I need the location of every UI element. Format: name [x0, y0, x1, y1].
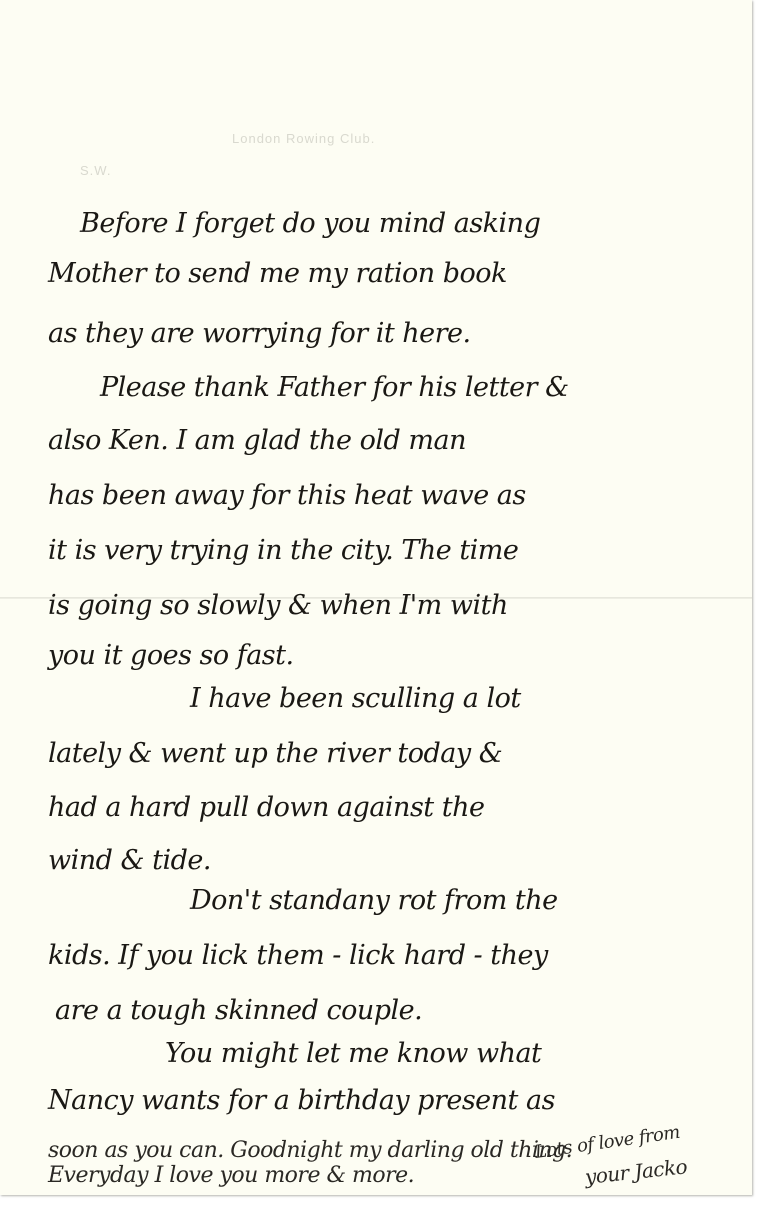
- letter-line: is going so slowly & when I'm with: [48, 590, 508, 621]
- letter-line: Don't standany rot from the: [190, 885, 558, 916]
- letter-line: wind & tide.: [48, 845, 211, 876]
- letter-line: has been away for this heat wave as: [48, 480, 526, 511]
- letter-line: Everyday I love you more & more.: [48, 1163, 414, 1188]
- letter-line: had a hard pull down against the: [48, 792, 484, 823]
- letterhead-club-name: London Rowing Club.: [232, 131, 375, 146]
- letter-line: Mother to send me my ration book: [48, 258, 507, 289]
- letter-page: London Rowing Club. S.W. Before I forget…: [0, 0, 752, 1195]
- letter-line: you it goes so fast.: [48, 640, 294, 671]
- letter-line: it is very trying in the city. The time: [48, 535, 518, 566]
- letter-line: I have been sculling a lot: [190, 683, 521, 714]
- letter-line: as they are worrying for it here.: [48, 318, 471, 349]
- letter-signature: your Jacko: [584, 1154, 688, 1189]
- letter-line: lately & went up the river today &: [48, 738, 502, 769]
- letter-line: Please thank Father for his letter &: [100, 372, 569, 403]
- letter-line: are a tough skinned couple.: [55, 995, 422, 1026]
- letterhead-place: S.W.: [80, 163, 111, 178]
- letter-line: also Ken. I am glad the old man: [48, 425, 466, 456]
- letter-line: soon as you can. Goodnight my darling ol…: [48, 1138, 572, 1163]
- letter-line: kids. If you lick them - lick hard - the…: [48, 940, 548, 971]
- letter-line: Nancy wants for a birthday present as: [48, 1085, 555, 1116]
- letter-line: Before I forget do you mind asking: [80, 208, 540, 239]
- letter-line: You might let me know what: [165, 1038, 541, 1069]
